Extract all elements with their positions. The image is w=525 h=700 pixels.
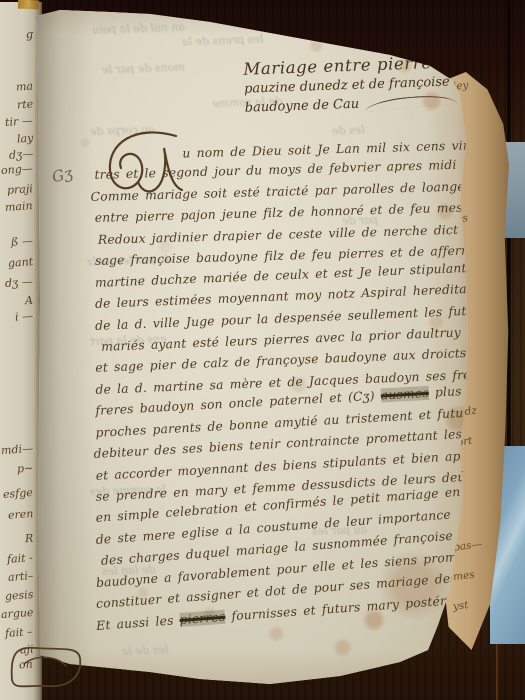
stack-ink-fragment: mes [452,569,475,584]
left-page-ink-fragment: A [25,294,34,308]
left-page-ink-fragment: rte [16,97,33,111]
left-page-ink-fragment: ma [16,79,34,93]
left-page-ink-fragment: dʒ — [5,275,34,290]
left-page-ink-fragment: lay [16,131,33,145]
bleedthrough-text: mons de par le [102,61,185,77]
heading-line-2: pauzine dunedz et de françoise [244,74,457,96]
left-page-ink-fragment: i — [15,309,34,323]
page-number: 197 [379,31,423,51]
heading: Mariage entre pierre pauzine dunedz et d… [243,52,457,115]
line-text: plus [428,384,462,400]
left-page-ink-fragment: esfge [3,486,34,501]
left-page-ink-fragment: dʒ— [8,147,33,162]
bleedthrough-text: les prens de la [182,33,264,49]
manuscript-photo: { "page_number": "197", "heading": { "li… [0,0,525,700]
left-page-ink-fragment: praji [7,182,34,197]
left-page-ink-fragment: ong— [1,162,34,177]
manuscript-page: an mil de la poiules prens de lamons de … [32,4,476,696]
bleedthrough-text: les de [332,123,365,137]
previous-page-edge: ɡmartetir —laydʒ—ong—prajimainß —gantdʒ … [0,2,42,700]
left-page-ink-fragment: argue [0,606,33,621]
stack-ink-fragment: pas— [452,538,482,553]
signature-flourish [6,640,90,700]
left-page-ink-fragment: fait – [5,625,33,640]
left-page-ink-fragment: fait - [7,551,34,566]
body-lines: u nom de Dieu soit Je Lan mil six cens v… [95,145,450,640]
left-page-ink-fragment: gesis [4,588,33,603]
left-page-ink-fragment: gant [7,255,33,270]
left-page-ink-fragment: R [24,532,33,546]
left-page-ink-fragment: arti– [7,569,33,584]
gold-sliver [18,0,39,9]
struck-word: ausmes [380,386,429,403]
line-text: tres et le segond jour du moys de febvri… [94,158,456,182]
stack-ink-fragment: yst [452,599,469,613]
wood-seam-bottom [496,636,499,700]
bleedthrough-text: an mil de la poiu [92,20,185,36]
left-page-ink-fragment: ß — [11,234,34,248]
struck-word: pierres [179,609,226,626]
bleedthrough-text: les de la [122,643,169,658]
left-page-ink-fragment: tir — [5,114,34,129]
left-page-ink-fragment: mdi— [1,442,34,457]
left-page-ink-fragment: ɡ [26,28,34,41]
left-page-ink-fragment: eren [7,507,33,522]
left-page-ink-fragment: main [5,199,33,214]
left-page-ink-fragment: p~ [16,461,33,475]
